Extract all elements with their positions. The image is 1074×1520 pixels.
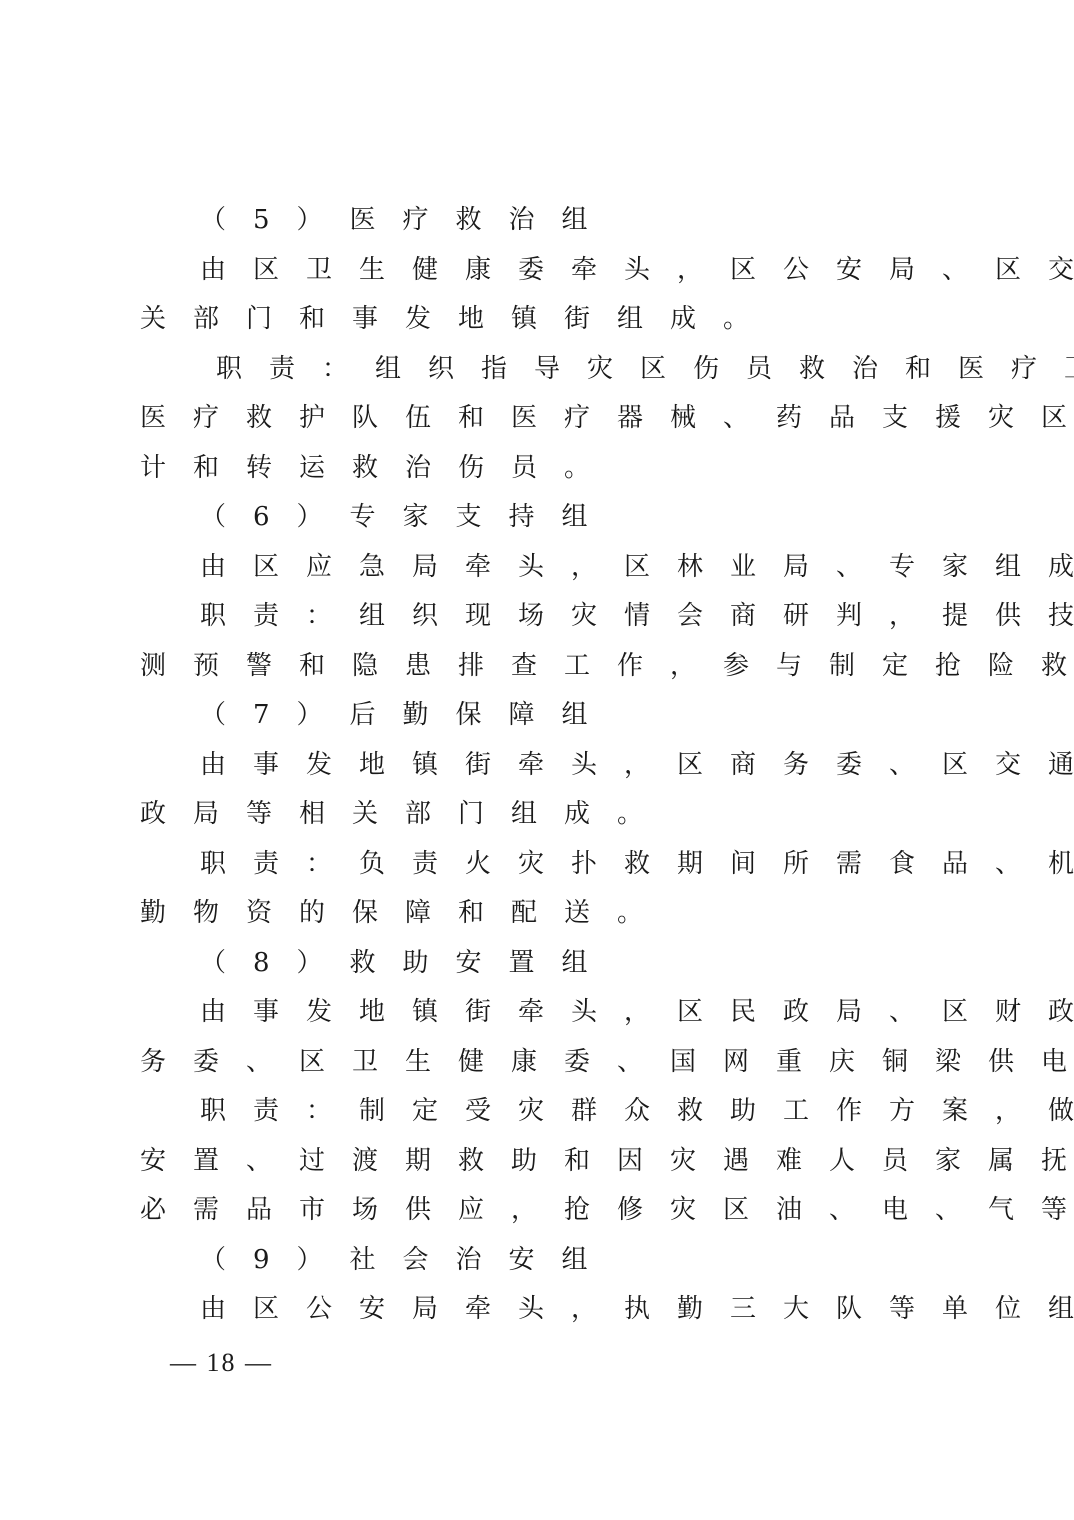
paragraph-line: 职责：制定受灾群众救助工作方案，做好受灾群众紧急转移 xyxy=(140,1087,940,1137)
paragraph-line: 职责：组织现场灾情会商研判，提供技术支持，指导现场监 xyxy=(140,592,940,642)
section-heading-7: （7）后勤保障组 xyxy=(140,691,940,741)
paragraph-line: 职责：组织指导灾区伤员救治和医疗卫生保障；统筹协调 xyxy=(140,345,940,395)
section-heading-9: （9）社会治安组 xyxy=(140,1236,940,1286)
section-heading-8: （8）救助安置组 xyxy=(140,939,940,989)
paragraph-line: 由事发地镇街牵头，区民政局、区财政局、区应急局、区商 xyxy=(140,988,940,1038)
document-body: （5）医疗救治组 由区卫生健康委牵头，区公安局、区交通局、区应急局等相 关部门和… xyxy=(140,196,940,1335)
section-heading-5: （5）医疗救治组 xyxy=(140,196,940,246)
paragraph-line: 医疗救护队伍和医疗器械、药品支援灾区，组织灾区做好伤亡统 xyxy=(140,394,940,444)
paragraph-line: 测预警和隐患排查工作，参与制定抢险救援方案。 xyxy=(140,642,940,692)
paragraph-line: 务委、区卫生健康委、国网重庆铜梁供电公司组成。 xyxy=(140,1038,940,1088)
page-number: — 18 — xyxy=(170,1348,273,1378)
paragraph-line: 勤物资的保障和配送。 xyxy=(140,889,940,939)
paragraph-line: 由区应急局牵头，区林业局、专家组成员组成。 xyxy=(140,543,940,593)
paragraph-line: 计和转运救治伤员。 xyxy=(140,444,940,494)
paragraph-line: 由事发地镇街牵头，区商务委、区交通局、区应急局、区民 xyxy=(140,741,940,791)
paragraph-line: 政局等相关部门组成。 xyxy=(140,790,940,840)
paragraph-line: 由区卫生健康委牵头，区公安局、区交通局、区应急局等相 xyxy=(140,246,940,296)
paragraph-line: 安置、过渡期救助和因灾遇难人员家属抚慰工作，统筹灾区生活 xyxy=(140,1137,940,1187)
paragraph-line: 关部门和事发地镇街组成。 xyxy=(140,295,940,345)
paragraph-line: 必需品市场供应，抢修灾区油、电、气等重要基础设施。 xyxy=(140,1186,940,1236)
section-heading-6: （6）专家支持组 xyxy=(140,493,940,543)
paragraph-line: 职责：负责火灾扑救期间所需食品、机具、被装、油料等后 xyxy=(140,840,940,890)
paragraph-line: 由区公安局牵头，执勤三大队等单位组成。 xyxy=(140,1285,940,1335)
